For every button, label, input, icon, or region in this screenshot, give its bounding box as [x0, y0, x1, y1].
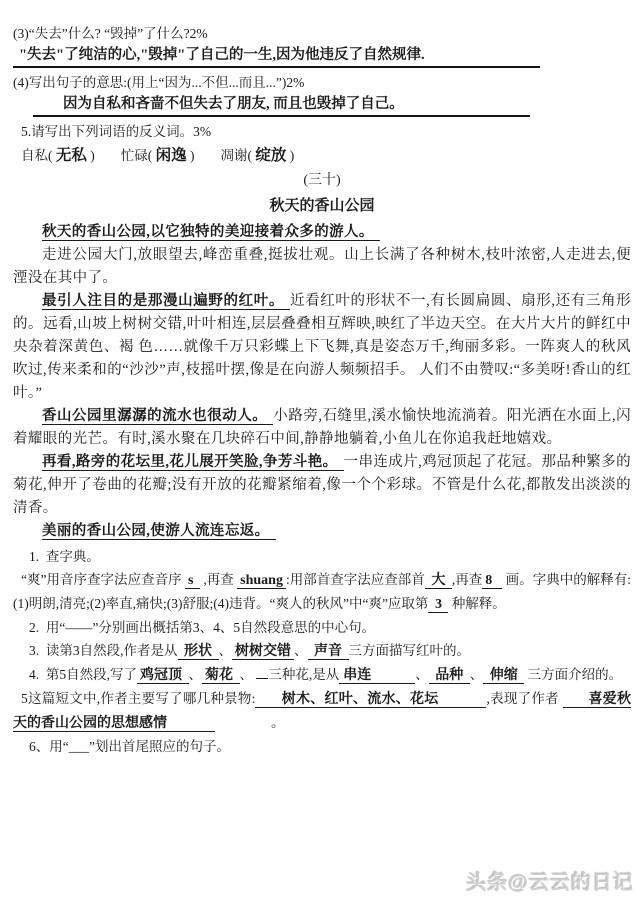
paragraph-lead-sentence: 香山公园里潺潺的流水也很动人。 [42, 408, 273, 425]
passage-paragraph: 秋天的香山公园,以它独特的美迎接着众多的游人。 [13, 221, 631, 244]
toutiao-watermark: 头条@云云的日记 [466, 866, 634, 895]
paragraph-lead-sentence: 最引人注目的是那漫山遍野的红叶。 [42, 293, 290, 310]
question-5-fill-line: 5这篇短文中,作者主要写了哪几种景物:树木、红叶、流水、花坛,表现了作者 喜爱秋… [13, 687, 631, 735]
question-4-prompt: (4)写出句子的意思:(用上“因为...不但...而且...”)2% [13, 72, 631, 94]
exam-document: (3)“失去”什么? “毁掉”了什么?2% "失去"了纯洁的心,"毁掉"了自己的… [13, 23, 631, 758]
text-segment: ,再查 [200, 572, 237, 587]
question-3-fill-line: 3. 读第3自然段,作者是从 形状 、树树交错、 声音 三方面描写红叶的。 [13, 639, 631, 663]
question-1-body: “爽”用音序查字法应查音序 s ,再查 shuang:用部首查字法应查部首 大 … [13, 568, 631, 616]
answer-blank: 品种 [429, 668, 470, 684]
text-segment: 忙碌( [121, 148, 156, 163]
text-segment: ) [286, 148, 294, 163]
answer-blank: 鸡冠顶 [137, 668, 189, 684]
passage-paragraph: 再看,路旁的花坛里,花儿展开笑脸,争芳斗艳。一串连成片,鸡冠顶起了花冠。那品种繁… [13, 451, 631, 520]
text-segment: 5这篇短文中,作者主要写了哪几种景物: [21, 691, 255, 706]
answer-blank: 形状 [178, 644, 219, 660]
passage-title: 秋天的香山公园 [13, 193, 631, 219]
answer-blank: shuang [237, 573, 286, 589]
answer-blank: 菊花 [202, 668, 240, 684]
text-segment: 、 [240, 667, 257, 682]
text-segment: 种解释。 [448, 596, 505, 611]
paragraph-lead-sentence: 秋天的香山公园,以它独特的美迎接着众多的游人。 [42, 224, 380, 241]
passage-paragraph: 最引人注目的是那漫山遍野的红叶。近看红叶的形状不一,有长圆扁圆、扇形,还有三角形… [13, 290, 631, 405]
text-segment: 。 [271, 715, 285, 730]
text-segment: 、 [294, 643, 308, 658]
text-segment: :用部首查字法应查部首 [286, 572, 425, 587]
text-segment: 4. 第5自然段,写了 [29, 667, 137, 682]
text-segment: ,表现了作者 [486, 691, 562, 706]
answer-blank [256, 666, 268, 679]
paragraph-text: 走进公园大门,放眼望去,峰峦重叠,挺拔壮观。山上长满了各种树木,枝叶浓密,人走进… [13, 247, 631, 286]
passage-paragraph: 走进公园大门,放眼望去,峰峦重叠,挺拔壮观。山上长满了各种树木,枝叶浓密,人走进… [13, 244, 631, 290]
answer-blank: 3 [428, 597, 448, 613]
text-segment: 3. 读第3自然段,作者是从 [29, 643, 178, 658]
text-segment: 、 [189, 667, 203, 682]
answer-blank: s [185, 573, 200, 589]
question-3-answer-line: "失去"了纯洁的心,"毁掉"了自己的一生,因为他违反了自然规律. [13, 45, 540, 68]
passage-paragraphs: 秋天的香山公园,以它独特的美迎接着众多的游人。走进公园大门,放眼望去,峰峦重叠,… [13, 221, 631, 543]
answer-blank: 树木、红叶、流水、花坛 [255, 692, 486, 708]
question-5-prompt: 5.请写出下列词语的反义词。3% [13, 121, 631, 143]
text-segment: ) [187, 148, 195, 163]
text-segment: 三种花,是从 [268, 667, 339, 682]
answer-blank: 闲逸 [156, 147, 187, 164]
paragraph-lead-sentence: 美丽的香山公园,使游人流连忘返。 [42, 523, 276, 540]
text-segment: 、 [219, 643, 233, 658]
question-4-answer-line: 因为自私和吝啬不但失去了朋友, 而且也毁掉了自己。 [33, 94, 530, 117]
question-4-fill-line: 4. 第5自然段,写了鸡冠顶 、菊花 、 三种花,是从串连、 品种 、 伸缩 三… [13, 663, 631, 687]
exam-page: { "page": { "watermark": "头条@云云的日记" }, "… [0, 0, 640, 905]
text-segment: 三方面介绍的。 [524, 667, 622, 682]
paragraph-lead-sentence: 再看,路旁的花坛里,花儿展开笑脸,争芳斗艳。 [42, 454, 344, 471]
passage-paragraph: 美丽的香山公园,使游人流连忘返。 [13, 520, 631, 543]
answer-blank: 伸缩 [483, 668, 524, 684]
passage-section-number: (三十) [13, 168, 631, 193]
question-3-prompt: (3)“失去”什么? “毁掉”了什么?2% [13, 23, 631, 45]
question-6-line: 6、用“___”划出首尾照应的句子。 [13, 735, 631, 758]
text-segment: “爽”用音序查字法应查音序 [21, 572, 185, 587]
text-segment: 三方面描写红叶的。 [349, 643, 471, 658]
answer-blank: 声音 [308, 644, 349, 660]
antonyms-answer-line: 自私( 无私 )忙碌( 闲逸 )凋谢( 绽放 ) [13, 143, 631, 168]
answer-blank: 树树交错 [232, 644, 294, 660]
question-1-heading: 1. 查字典。 [13, 546, 631, 568]
answer-blank: 大 [425, 573, 452, 589]
text-segment: 自私( [21, 148, 56, 163]
text-segment: ,再查 [452, 572, 482, 587]
text-segment: 、 [415, 667, 429, 682]
answer-blank: 绽放 [255, 147, 286, 164]
answer-blank: 8 [482, 573, 502, 589]
question-2-line: 2. 用“——”分别画出概括第3、4、5自然段意思的中心句。 [13, 616, 631, 639]
text-segment: 、 [470, 667, 484, 682]
answer-blank: 无私 [56, 147, 87, 164]
answer-blank: 串连 [339, 668, 415, 684]
passage-paragraph: 香山公园里潺潺的流水也很动人。小路旁,石缝里,溪水愉快地流淌着。阳光洒在水面上,… [13, 405, 631, 451]
text-segment: 凋谢( [221, 148, 256, 163]
text-segment: ) [87, 148, 95, 163]
